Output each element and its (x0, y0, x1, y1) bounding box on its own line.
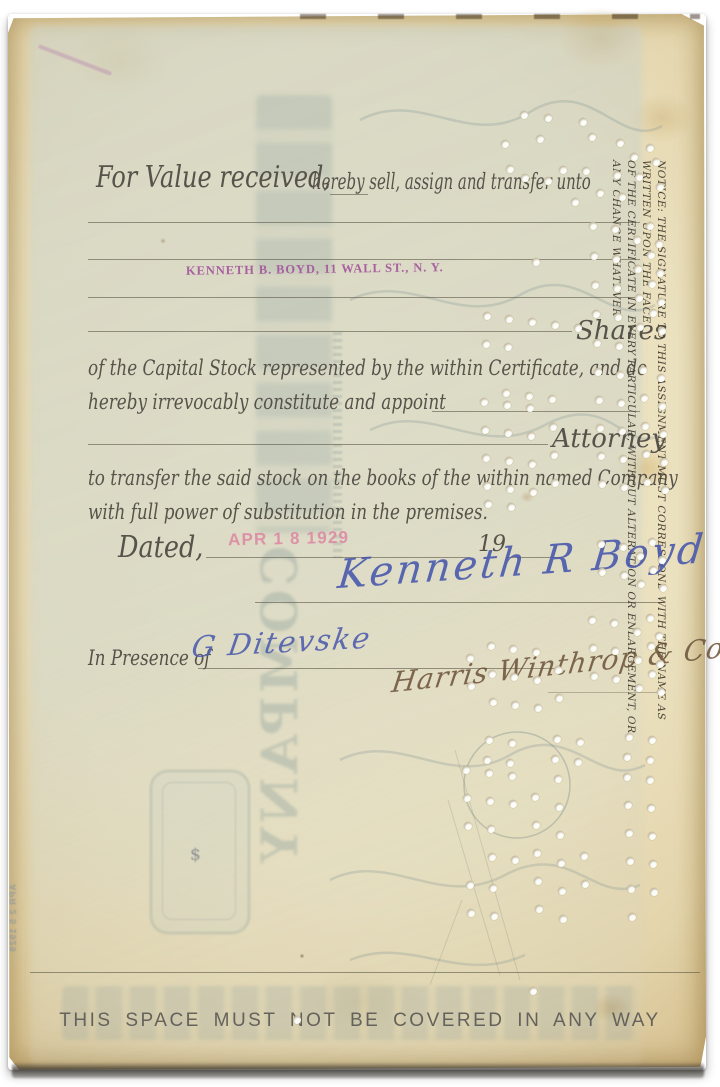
punch-hole (634, 265, 642, 273)
punch-hole (511, 856, 519, 864)
punch-hole (598, 480, 606, 488)
punch-hole (589, 222, 597, 230)
punch-hole (506, 165, 514, 173)
punch-hole (620, 483, 628, 491)
punch-hole (591, 281, 599, 289)
punch-hole (532, 648, 540, 656)
punch-hole (620, 571, 628, 579)
punch-hole (633, 628, 641, 636)
punch-hole (489, 698, 497, 706)
punch-hole (595, 396, 603, 404)
punch-hole (647, 251, 655, 259)
punch-hole (630, 153, 638, 161)
punch-hole (613, 171, 621, 179)
punch-hole (504, 343, 512, 351)
punch-hole (636, 323, 644, 331)
punch-hole (555, 694, 563, 702)
punch-hole (637, 580, 645, 588)
punch-hole (548, 395, 556, 403)
punch-hole (582, 167, 590, 175)
punch-hole (617, 399, 625, 407)
punch-hole (618, 427, 626, 435)
punch-hole (576, 738, 584, 746)
punch-hole (639, 366, 647, 374)
punch-hole (554, 775, 562, 783)
punch-hole (467, 909, 475, 917)
punch-hole (650, 888, 658, 896)
punch-hole (466, 881, 474, 889)
punch-hole (501, 140, 509, 148)
punch-hole (557, 859, 565, 867)
punch-hole (511, 701, 519, 709)
punch-hole (649, 566, 657, 574)
punch-holes-layer (0, 0, 720, 1087)
punch-hole (521, 174, 529, 182)
punch-hole (484, 500, 492, 508)
punch-hole (635, 294, 643, 302)
punch-hole (646, 776, 654, 784)
punch-hole (534, 877, 542, 885)
punch-hole (508, 772, 516, 780)
punch-hole (646, 756, 654, 764)
punch-hole (505, 315, 513, 323)
punch-hole (628, 913, 636, 921)
punch-hole (553, 735, 561, 743)
punch-hole (532, 821, 540, 829)
punch-hole (503, 401, 511, 409)
punch-hole (528, 318, 536, 326)
punch-hole (656, 660, 664, 668)
punch-hole (558, 887, 566, 895)
punch-hole (549, 423, 557, 431)
punch-hole (507, 503, 515, 511)
punch-hole (590, 672, 598, 680)
punch-hole (636, 552, 644, 560)
punch-hole (509, 645, 517, 653)
punch-hole (612, 255, 620, 263)
punch-hole (657, 688, 665, 696)
punch-hole (661, 486, 669, 494)
punch-hole (596, 189, 604, 197)
punch-hole (589, 644, 597, 652)
punch-hole (625, 733, 633, 741)
punch-hole (616, 371, 624, 379)
punch-hole (625, 829, 633, 837)
punch-hole (482, 454, 490, 462)
punch-hole (534, 704, 542, 712)
punch-hole (598, 568, 606, 576)
punch-hole (509, 800, 517, 808)
punch-hole (613, 284, 621, 292)
punch-hole (597, 452, 605, 460)
punch-hole (574, 758, 582, 766)
punch-hole (593, 339, 601, 347)
punch-hole (655, 632, 663, 640)
punch-hole (490, 912, 498, 920)
punch-hole (611, 225, 619, 233)
punch-hole (597, 540, 605, 548)
punch-hole (483, 756, 491, 764)
punch-hole (635, 684, 643, 692)
punch-hole (526, 404, 534, 412)
punch-hole (646, 614, 654, 622)
punch-hole (648, 280, 656, 288)
punch-hole (646, 222, 654, 230)
punch-hole (532, 258, 540, 266)
punch-hole (590, 252, 598, 260)
certificate-back-scan: COMPANY $ APR 2 5 1929 For Value receive… (0, 0, 720, 1087)
punch-hole (463, 794, 471, 802)
punch-hole (529, 987, 537, 995)
punch-hole (658, 327, 666, 335)
punch-hole (528, 460, 536, 468)
punch-hole (648, 670, 656, 678)
punch-hole (614, 313, 622, 321)
punch-hole (551, 321, 559, 329)
punch-hole (596, 424, 604, 432)
punch-hole (505, 457, 513, 465)
punch-hole (536, 135, 544, 143)
punch-hole (658, 402, 666, 410)
punch-hole (527, 432, 535, 440)
punch-hole (652, 158, 660, 166)
punch-hole (483, 482, 491, 490)
punch-hole (648, 538, 656, 546)
punch-hole (529, 488, 537, 496)
punch-hole (649, 860, 657, 868)
punch-hole (643, 478, 651, 486)
punch-hole (626, 857, 634, 865)
punch-hole (574, 324, 582, 332)
punch-hole (648, 736, 656, 744)
punch-hole (615, 342, 623, 350)
punch-hole (658, 556, 666, 564)
punch-hole (559, 166, 567, 174)
punch-hole (554, 666, 562, 674)
punch-hole (646, 144, 654, 152)
punch-hole (634, 656, 642, 664)
punch-hole (655, 240, 663, 248)
punch-hole (551, 755, 559, 763)
punch-hole (657, 374, 665, 382)
punch-hole (647, 642, 655, 650)
punch-hole (580, 852, 588, 860)
punch-hole (544, 177, 552, 185)
punch-hole (486, 797, 494, 805)
punch-hole (588, 133, 596, 141)
punch-hole (619, 543, 627, 551)
punch-hole (525, 392, 533, 400)
punch-hole (551, 479, 559, 487)
punch-hole (610, 619, 618, 627)
punch-hole (594, 368, 602, 376)
punch-hole (487, 642, 495, 650)
punch-hole (592, 310, 600, 318)
punch-hole (506, 485, 514, 493)
punch-hole (533, 676, 541, 684)
punch-hole (544, 114, 552, 122)
punch-hole (482, 340, 490, 348)
punch-hole (641, 422, 649, 430)
punch-hole (462, 766, 470, 774)
punch-hole (612, 675, 620, 683)
punch-hole (647, 804, 655, 812)
punch-hole (579, 118, 587, 126)
punch-hole (508, 739, 516, 747)
punch-hole (480, 398, 488, 406)
punch-hole (485, 736, 493, 744)
punch-hole (510, 673, 518, 681)
punch-hole (533, 849, 541, 857)
punch-hole (520, 111, 528, 119)
punch-hole (657, 298, 665, 306)
punch-hole (555, 803, 563, 811)
punch-hole (293, 1016, 301, 1024)
punch-hole (660, 458, 668, 466)
punch-hole (627, 885, 635, 893)
punch-hole (642, 450, 650, 458)
punch-hole (502, 389, 510, 397)
punch-hole (489, 884, 497, 892)
punch-hole (571, 198, 579, 206)
punch-hole (619, 455, 627, 463)
punch-hole (481, 426, 489, 434)
punch-hole (656, 183, 664, 191)
punch-hole (504, 429, 512, 437)
punch-hole (531, 793, 539, 801)
punch-hole (618, 193, 626, 201)
punch-hole (659, 430, 667, 438)
punch-hole (488, 670, 496, 678)
punch-hole (635, 173, 643, 181)
punch-hole (550, 451, 558, 459)
punch-hole (483, 312, 491, 320)
punch-hole (649, 309, 657, 317)
punch-hole (588, 616, 596, 624)
punch-hole (559, 915, 567, 923)
punch-hole (467, 682, 475, 690)
punch-hole (581, 880, 589, 888)
punch-hole (616, 139, 624, 147)
punch-hole (466, 654, 474, 662)
punch-hole (487, 825, 495, 833)
punch-hole (464, 822, 472, 830)
punch-hole (535, 905, 543, 913)
punch-hole (488, 853, 496, 861)
punch-hole (656, 269, 664, 277)
punch-hole (556, 831, 564, 839)
punch-hole (485, 769, 493, 777)
punch-hole (659, 584, 667, 592)
punch-hole (648, 832, 656, 840)
punch-hole (624, 801, 632, 809)
punch-hole (623, 773, 631, 781)
punch-hole (633, 236, 641, 244)
punch-hole (611, 647, 619, 655)
punch-hole (640, 394, 648, 402)
punch-hole (623, 753, 631, 761)
punch-hole (506, 759, 514, 767)
